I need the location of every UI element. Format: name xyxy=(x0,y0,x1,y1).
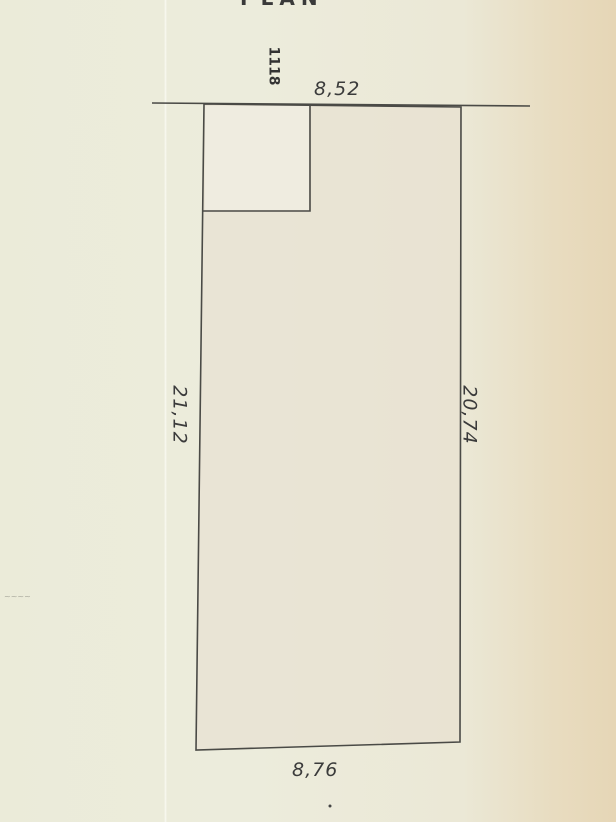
building-fill xyxy=(205,106,309,210)
lot-plan-drawing xyxy=(0,0,616,822)
dot-mark xyxy=(329,805,332,808)
dimension-top: 8,52 xyxy=(314,78,360,100)
lot-number: 1118 xyxy=(265,47,281,86)
dimension-left: 21,12 xyxy=(169,385,191,444)
dimension-bottom: 8,76 xyxy=(292,759,338,781)
dimension-right: 20,74 xyxy=(459,385,481,444)
margin-note: ~~~~ xyxy=(4,592,76,598)
